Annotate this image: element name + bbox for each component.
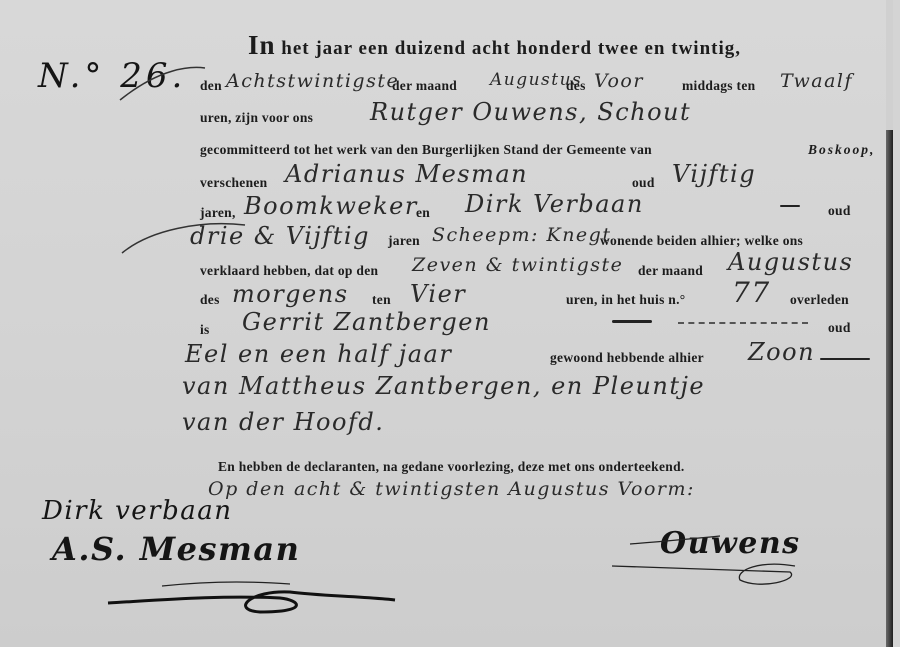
hand-relation: Zoon: [748, 338, 815, 366]
hand-official: Rutger Ouwens, Schout: [370, 98, 691, 126]
initial-letter: In: [248, 30, 276, 60]
document-page: N.° 26. In het jaar een duizend acht hon…: [0, 0, 893, 647]
hand-note: Op den acht & twintigsten Augustus Voorm…: [208, 478, 695, 500]
signature-ouwens: Ouwens: [660, 526, 801, 561]
signature-dirk-verbaan: Dirk verbaan: [42, 496, 233, 526]
signature-mesman: A.S. Mesman: [52, 530, 300, 568]
page-edge-top: [886, 0, 893, 130]
hand-death-hour: Vier: [410, 280, 466, 308]
dash-filler-line: [678, 322, 808, 324]
hand-declarant1-name: Adrianus Mesman: [285, 160, 528, 188]
hand-hour: Twaalf: [780, 70, 853, 92]
hand-declarant2-age: drie & Vijftig: [190, 222, 370, 250]
hand-time-of-day: morgens: [232, 280, 349, 308]
printed-ten: ten: [372, 292, 391, 308]
printed-des-2: des: [200, 292, 220, 308]
hand-parents-line-2: van der Hoofd.: [182, 408, 384, 436]
ink-stroke-2: [820, 358, 870, 360]
printed-en: en: [416, 205, 430, 221]
hand-house-number: 77: [732, 276, 771, 309]
printed-closing: En hebben de declaranten, na gedane voor…: [218, 459, 685, 475]
printed-uren-huis: uren, in het huis n.°: [566, 292, 686, 308]
hand-declarant1-occupation: Boomkweker: [244, 192, 418, 220]
printed-oud-2: oud: [828, 203, 851, 219]
record-number: N.° 26.: [38, 56, 186, 96]
printed-oud-3: oud: [828, 320, 851, 336]
printed-overleden: overleden: [790, 292, 849, 308]
hand-death-day: Zeven & twintigste: [412, 254, 623, 276]
printed-middags-ten: middags ten: [682, 78, 755, 94]
hand-declarant2-name: Dirk Verbaan: [465, 190, 644, 218]
printed-year-text: het jaar een duizend acht honderd twee e…: [281, 38, 741, 59]
printed-uren-zijn: uren, zijn voor ons: [200, 110, 313, 126]
ink-stroke: [612, 320, 652, 323]
hand-declarant2-occupation: Scheepm: Knegt: [432, 224, 611, 246]
printed-jaren-2: jaren: [388, 233, 420, 249]
printed-line-1: In het jaar een duizend acht honderd twe…: [248, 30, 741, 61]
printed-der-maand-2: der maand: [638, 263, 703, 279]
hand-deceased-name: Gerrit Zantbergen: [242, 308, 491, 336]
printed-oud-1: oud: [632, 175, 655, 191]
printed-gemeente: Boskoop,: [808, 142, 875, 158]
printed-is: is: [200, 322, 210, 338]
dash-filler: [780, 205, 800, 207]
printed-jaren-1: jaren,: [200, 205, 236, 221]
hand-parents-line-1: van Mattheus Zantbergen, en Pleuntje: [182, 372, 705, 400]
printed-verschenen: verschenen: [200, 175, 268, 191]
hand-voor: Voor: [594, 70, 644, 92]
hand-declarant1-age: Vijftig: [672, 160, 756, 188]
printed-gewoond: gewoond hebbende alhier: [550, 350, 704, 366]
printed-der-maand: der maand: [392, 78, 457, 94]
printed-den: den: [200, 78, 222, 94]
hand-deceased-age: Eel en een half jaar: [185, 340, 452, 368]
printed-verklaard: verklaard hebben, dat op den: [200, 263, 378, 279]
printed-gecommitteerd: gecommitteerd tot het werk van den Burge…: [200, 142, 652, 158]
hand-day: Achtstwintigste: [226, 70, 399, 92]
printed-wonende: wonende beiden alhier; welke ons: [600, 233, 803, 249]
page-edge: [886, 130, 893, 647]
hand-death-month: Augustus: [728, 248, 853, 276]
printed-des: des: [566, 78, 586, 94]
